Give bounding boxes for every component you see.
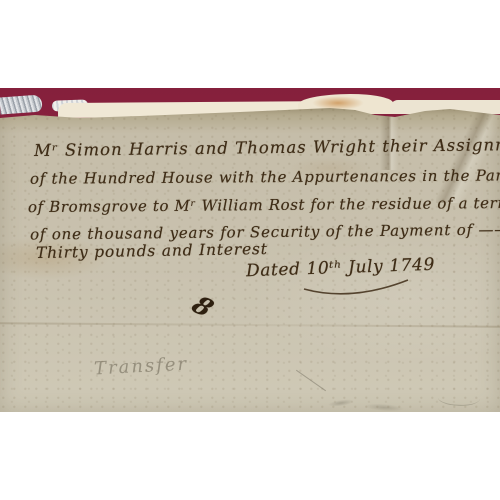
manuscript-line-5: Thirty pounds and Interest xyxy=(36,240,268,262)
manuscript-line-3: of Bromsgrove to Mʳ William Rost for the… xyxy=(28,194,500,216)
parchment-document: Mʳ Simon Harris and Thomas Wright their … xyxy=(0,108,500,412)
paper-edge-stain xyxy=(312,96,364,110)
book-cloth-edge xyxy=(0,95,43,115)
manuscript-line-2: of the Hundred House with the Appurtenan… xyxy=(30,166,500,187)
pencil-annotation: Transfer xyxy=(94,354,189,380)
date-underline-flourish xyxy=(300,276,418,298)
pencil-curve-mark xyxy=(437,388,480,408)
ink-monogram: 8 xyxy=(186,291,219,323)
photo-of-document: Mʳ Simon Harris and Thomas Wright their … xyxy=(0,88,500,412)
pencil-smudge xyxy=(328,398,355,408)
horizontal-crease xyxy=(0,322,500,327)
manuscript-line-1: Mʳ Simon Harris and Thomas Wright their … xyxy=(34,135,500,160)
pencil-smudge xyxy=(364,403,404,412)
pencil-stroke xyxy=(296,370,326,391)
corner-fold-crease xyxy=(436,108,500,203)
page: { "manuscript": { "lines": [ "Mʳ Simon H… xyxy=(0,0,500,500)
